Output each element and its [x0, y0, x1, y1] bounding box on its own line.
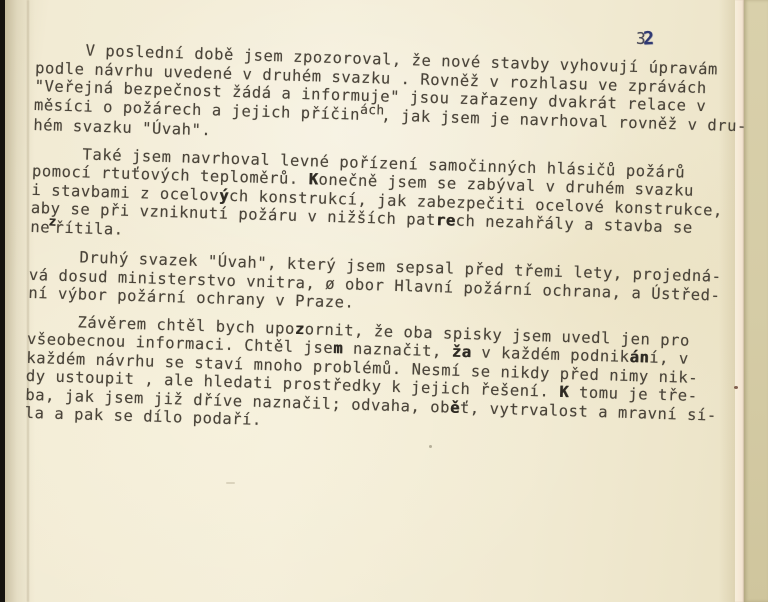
page-number: 32	[636, 28, 654, 50]
overstrike-correction: K	[559, 383, 569, 401]
overstrike-correction: K	[308, 170, 318, 188]
page-number-inked-digit: 2	[642, 28, 654, 49]
text-segment: řítila.	[54, 218, 124, 238]
overstrike-correction: ě	[450, 398, 460, 416]
ink-speck	[734, 386, 738, 389]
typewritten-text: V poslední době jsem zpozoroval, že nové…	[24, 40, 745, 453]
overstrike-correction: án	[629, 348, 649, 367]
overstrike-correction: z	[48, 214, 57, 229]
overstrike-correction: ách	[360, 102, 385, 118]
overstrike-correction: ý	[219, 186, 229, 204]
paragraph: Také jsem navrhoval levné pořízení samoč…	[30, 143, 743, 259]
paragraph: Závěrem chtěl bych upozornit, že oba spi…	[25, 311, 738, 443]
underlying-page-edge	[744, 0, 768, 602]
overstrike-correction: ža	[452, 343, 472, 362]
paragraph: Druhý svazek "Úvah", který jsem sepsal p…	[28, 247, 739, 324]
ink-speck	[429, 445, 432, 448]
ink-speck	[226, 482, 235, 484]
overstrike-correction: re	[436, 211, 456, 230]
paragraph: V poslední době jsem zpozoroval, že nové…	[33, 40, 746, 156]
scanned-page: 32 V poslední době jsem zpozoroval, že n…	[0, 0, 768, 602]
text-segment: í, v	[649, 349, 689, 368]
